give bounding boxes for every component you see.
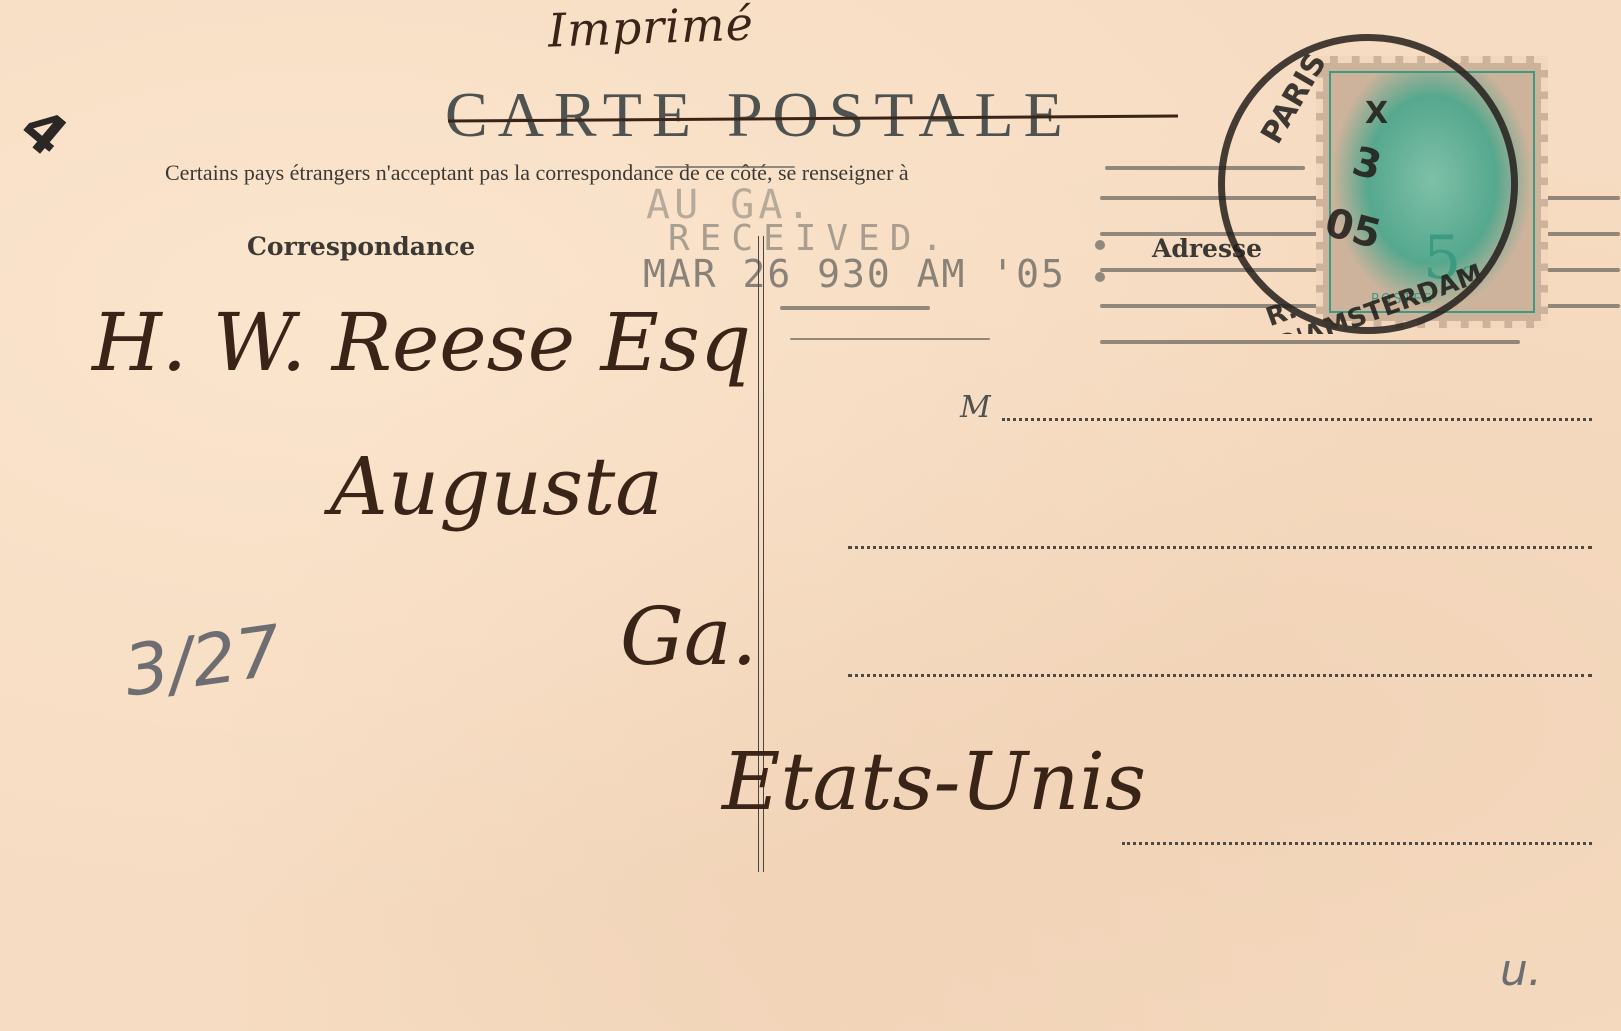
cancel-bar xyxy=(780,306,930,310)
postmark-year: 05 xyxy=(1320,200,1386,259)
address-line-2 xyxy=(848,546,1592,549)
address-line-1 xyxy=(1002,418,1592,421)
postmark-city: PARIS xyxy=(1254,47,1333,150)
cancel-bar xyxy=(1100,340,1520,344)
postmark: PARIS R. D'AMSTERDAM X 3 05 xyxy=(1218,34,1518,334)
receiving-cancel-date: MAR 26 930 AM '05 xyxy=(643,252,1066,296)
handwritten-imprime: Imprimé xyxy=(547,0,755,58)
cancel-bar xyxy=(655,166,795,168)
cancel-bar xyxy=(1095,240,1105,250)
correspondance-label: Correspondance xyxy=(247,232,475,261)
cancel-bar xyxy=(790,338,990,340)
postmark-separator: X xyxy=(1365,96,1388,131)
address-line-3 xyxy=(848,674,1592,677)
corner-mark: 4 xyxy=(8,95,80,170)
pencil-corner-note: u. xyxy=(1500,945,1542,996)
handwritten-address-state: Ga. xyxy=(620,590,757,683)
address-prefix-m: M xyxy=(960,390,991,425)
handwritten-address-name: H. W. Reese Esq xyxy=(92,296,751,389)
pencil-date-note: 3/27 xyxy=(119,609,286,712)
cancel-bar xyxy=(1095,272,1105,282)
postmark-day: 3 xyxy=(1348,138,1387,190)
handwritten-address-country: Etats-Unis xyxy=(722,735,1146,828)
address-line-4 xyxy=(1122,842,1592,845)
handwritten-address-city: Augusta xyxy=(330,440,663,533)
